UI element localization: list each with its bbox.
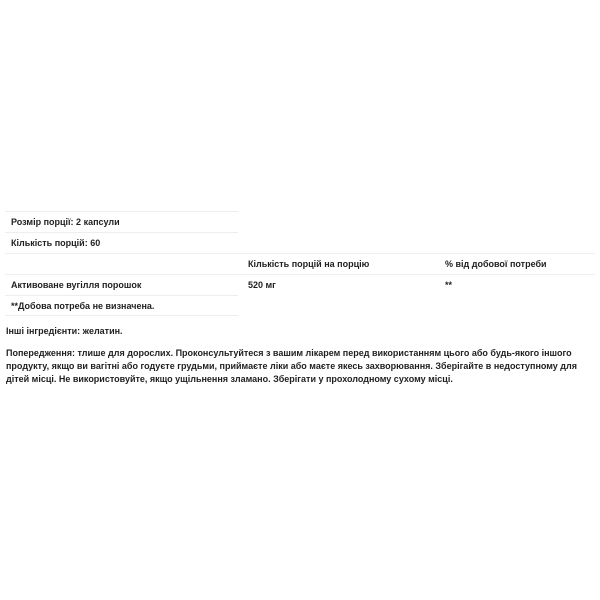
ingredient-name: Активоване вугілля порошок: [5, 280, 242, 290]
other-ingredients: Інші інгредієнти: желатин.: [6, 326, 123, 336]
supplement-facts-table: Розмір порції: 2 капсули Кількість порці…: [5, 211, 595, 316]
footnote: **Добова потреба не визначена.: [5, 301, 154, 311]
header-daily-value: % від добової потреби: [439, 259, 595, 269]
servings-count: Кількість порцій: 60: [5, 238, 100, 248]
ingredient-amount: 520 мг: [242, 280, 439, 290]
header-amount: Кількість порцій на порцію: [242, 259, 439, 269]
table-row: Активоване вугілля порошок 520 мг **: [5, 274, 595, 295]
footnote-row: **Добова потреба не визначена.: [5, 295, 238, 316]
table-header-row: Кількість порцій на порцію % від добової…: [5, 253, 595, 274]
serving-size: Розмір порції: 2 капсули: [5, 217, 120, 227]
servings-count-row: Кількість порцій: 60: [5, 232, 238, 253]
warning-text: Попередження: тлише для дорослих. Прокон…: [6, 347, 596, 386]
serving-size-row: Розмір порції: 2 капсули: [5, 211, 238, 232]
ingredient-daily-value: **: [439, 280, 595, 290]
